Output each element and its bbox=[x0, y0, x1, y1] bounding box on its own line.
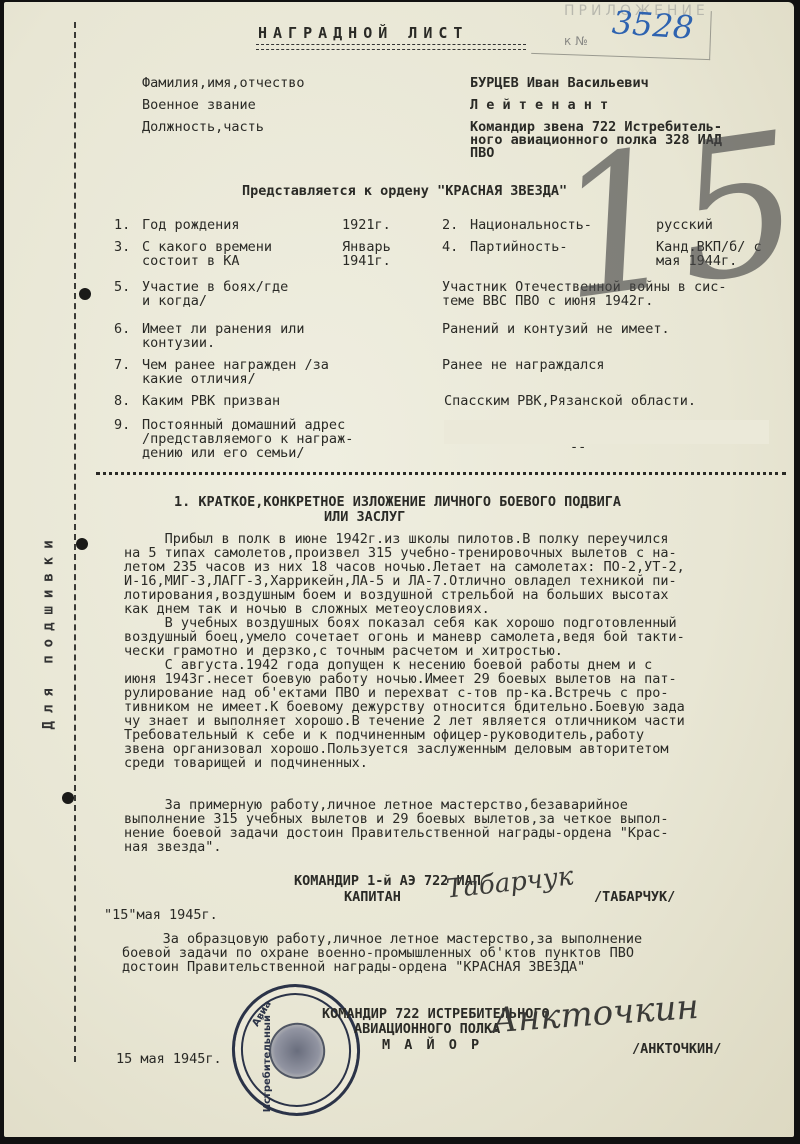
conclusion-line: достоин Правительственной награды-ордена… bbox=[122, 960, 585, 975]
field-label: Военное звание bbox=[142, 98, 256, 113]
item-label: состоит в КА bbox=[142, 254, 240, 269]
item-number: 2. bbox=[442, 218, 458, 233]
punch-hole bbox=[76, 538, 88, 550]
item-number: 5. bbox=[114, 280, 130, 295]
item-value: Ранений и контузий не имеет. bbox=[442, 322, 670, 337]
field-value: ПВО bbox=[470, 146, 494, 161]
signer1-name: /ТАБАРЧУК/ bbox=[594, 890, 675, 905]
redacted-address bbox=[444, 420, 769, 444]
item-value: русский bbox=[656, 218, 713, 233]
item-value: 1941г. bbox=[342, 254, 391, 269]
signer2-position-line2: АВИАЦИОННОГО ПОЛКА bbox=[354, 1022, 500, 1037]
registration-number: 3528 bbox=[612, 15, 694, 36]
item-label: Каким РВК призван bbox=[142, 394, 280, 409]
award-sheet-page: Для подшивки НАГРАДНОЙ ЛИСТ ПРИЛОЖЕНИЕ к… bbox=[4, 2, 794, 1137]
field-value: ного авиационного полка 328 ИАД bbox=[470, 133, 722, 148]
section-title-line1: 1. КРАТКОЕ,КОНКРЕТНОЕ ИЗЛОЖЕНИЕ ЛИЧНОГО … bbox=[174, 495, 621, 510]
item-label: контузии. bbox=[142, 336, 215, 351]
item-label: дению или его семьи/ bbox=[142, 446, 305, 461]
item-number: 8. bbox=[114, 394, 130, 409]
appendix-number-label: к № bbox=[564, 34, 588, 49]
signer1-rank: КАПИТАН bbox=[344, 890, 401, 905]
signer1-date: "15"мая 1945г. bbox=[104, 908, 218, 923]
item-number: 4. bbox=[442, 240, 458, 255]
punch-hole bbox=[62, 792, 74, 804]
item-label: Год рождения bbox=[142, 218, 240, 233]
nomination-line: Представляется к ордену "КРАСНАЯ ЗВЕЗДА" bbox=[242, 184, 567, 199]
item-value: Ранее не награждался bbox=[442, 358, 605, 373]
item-value: Спасским РВК,Рязанской области. bbox=[444, 394, 696, 409]
field-label: Фамилия,имя,отчество bbox=[142, 76, 305, 91]
narrative-line: среди товарищей и подчиненных. bbox=[124, 756, 368, 771]
binding-margin-label: Для подшивки bbox=[42, 490, 57, 730]
item-label: и когда/ bbox=[142, 294, 207, 309]
item-label: Партийность- bbox=[470, 240, 568, 255]
document-title: НАГРАДНОЙ ЛИСТ bbox=[258, 26, 468, 41]
item-number: 9. bbox=[114, 418, 130, 433]
section-separator bbox=[96, 472, 786, 480]
signer1-signature: Табарчук bbox=[446, 869, 575, 897]
signer2-rank: М А Й О Р bbox=[382, 1038, 482, 1053]
item-number: 7. bbox=[114, 358, 130, 373]
narrative-line: ная звезда". bbox=[124, 840, 222, 855]
item-label: Национальность- bbox=[470, 218, 592, 233]
signer2-name: /АНКТОЧКИН/ bbox=[632, 1042, 721, 1057]
punch-hole bbox=[79, 288, 91, 300]
signer2-date: 15 мая 1945г. bbox=[116, 1052, 222, 1067]
item-number: 6. bbox=[114, 322, 130, 337]
item-value: мая 1944г. bbox=[656, 254, 737, 269]
item-number: 1. bbox=[114, 218, 130, 233]
signer2-signature: Анкточкин bbox=[492, 1000, 699, 1029]
title-underline bbox=[256, 44, 526, 50]
section-title-line2: ИЛИ ЗАСЛУГ bbox=[324, 510, 405, 525]
official-seal: Авиа Истребительный bbox=[222, 974, 371, 1126]
item-value: 1921г. bbox=[342, 218, 391, 233]
item-label: какие отличия/ bbox=[142, 372, 256, 387]
item-value: теме ВВС ПВО с июня 1942г. bbox=[442, 294, 653, 309]
field-value: БУРЦЕВ Иван Васильевич bbox=[470, 76, 649, 91]
item-number: 3. bbox=[114, 240, 130, 255]
field-label: Должность,часть bbox=[142, 120, 264, 135]
field-value: Л е й т е н а н т bbox=[470, 98, 608, 113]
